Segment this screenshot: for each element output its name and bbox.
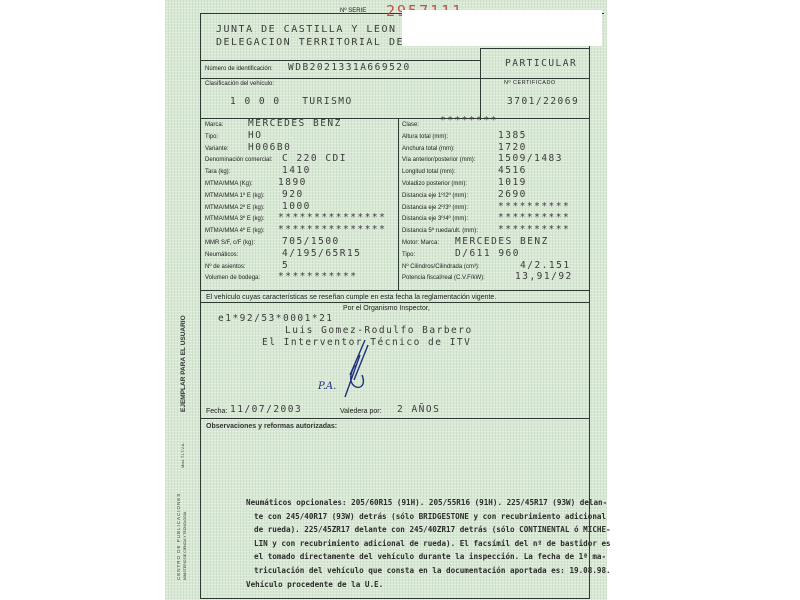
signature-initials: P.A.: [318, 381, 336, 392]
spec-value: 1000: [282, 201, 311, 212]
spec-value: 1385: [498, 130, 527, 141]
spec-value: ***********: [278, 271, 357, 282]
usage-value: PARTICULAR: [505, 58, 577, 69]
certificate-value: 3701/22069: [507, 96, 579, 107]
classification-value: 1 0 0 0 TURISMO: [230, 96, 353, 107]
observations-text: Neumáticos opcionales: 205/60R15 (91H). …: [246, 496, 606, 591]
observation-line: el tomado directamente del vehículo dura…: [246, 550, 606, 564]
spec-label: Neumáticos:: [205, 252, 238, 258]
spec-label: Distancia 5ª rueda/ult. (mm):: [402, 228, 478, 234]
spec-value: MERCEDES BENZ: [455, 236, 549, 247]
spec-label: Tipo:: [402, 252, 415, 258]
spec-value: H006B0: [248, 142, 291, 153]
spec-value: 2690: [498, 189, 527, 200]
border-bottom: [200, 598, 590, 599]
spec-label: Nº de asientos:: [205, 264, 246, 270]
observation-line: LIN y con recubrimiento adicional de rue…: [246, 537, 606, 551]
organism-label: Por el Organismo Inspector,: [343, 305, 430, 312]
compliance-statement: El vehículo cuyas características se res…: [206, 294, 496, 301]
vin-value: WDB2021331A669520: [288, 62, 411, 73]
spec-label: Clase:: [402, 122, 419, 128]
valid-label: Valedera por:: [340, 408, 382, 415]
specs-divider: [398, 118, 399, 290]
observations-label: Observaciones y reformas autorizadas:: [206, 423, 337, 430]
spec-label: Distancia eje 2º/3º (mm):: [402, 205, 468, 211]
observation-line: de rueda). 225/45ZR17 delante con 245/40…: [246, 523, 606, 537]
rule: [200, 418, 590, 419]
model-label: Mod. T.I.T.V.A.: [180, 442, 185, 468]
valid-value: 2 AÑOS: [397, 404, 440, 415]
spec-label: Denominación comercial:: [205, 157, 272, 163]
spec-value: ***************: [278, 224, 386, 235]
publisher-line2: MINISTERIO DE CIENCIA Y TECNOLOGIA: [183, 512, 187, 580]
spec-value: 920: [282, 189, 304, 200]
signature: [310, 335, 390, 405]
spec-label: Potencia fiscal/real (C.V.F/kW):: [402, 275, 485, 281]
spec-value: ********: [440, 115, 498, 126]
spec-label: MTMA/MMA (Kg):: [205, 181, 253, 187]
spec-label: Volumen de bodega:: [205, 275, 260, 281]
spec-value: 4/195/65R15: [282, 248, 361, 259]
observation-line: Neumáticos opcionales: 205/60R15 (91H). …: [246, 496, 606, 510]
header-divider: [480, 48, 481, 120]
certificate-label: Nº CERTIFICADO: [504, 80, 556, 86]
observation-line: Vehículo procedente de la U.E.: [246, 578, 606, 592]
spec-label: Voladizo posterior (mm):: [402, 181, 467, 187]
copy-label: EJEMPLAR PARA EL USUARIO: [180, 315, 187, 412]
rule: [200, 78, 590, 79]
spec-value: 4/2.151: [520, 260, 571, 271]
spec-label: Longitud total (mm):: [402, 169, 455, 175]
date-value: 11/07/2003: [230, 404, 302, 415]
approval-code: e1*92/53*0001*21: [218, 313, 334, 324]
spec-value: 1410: [282, 165, 311, 176]
spec-value: 1019: [498, 177, 527, 188]
publisher-line1: CENTRO DE PUBLICACIONES: [176, 493, 181, 580]
spec-value: **********: [498, 201, 570, 212]
spec-label: MMR S/F, c/F (kg):: [205, 240, 255, 246]
spec-label: Marca:: [205, 122, 223, 128]
spec-value: 5: [282, 260, 289, 271]
spec-label: MTMA/MMA 2º E (kg):: [205, 205, 265, 211]
spec-value: **********: [498, 212, 570, 223]
spec-label: Tara (kg):: [205, 169, 230, 175]
classification-label: Clasificación del vehículo:: [205, 81, 274, 87]
observation-line: triculación del vehículo que consta en l…: [246, 564, 606, 578]
spec-label: MTMA/MMA 1º E (kg):: [205, 193, 265, 199]
date-label: Fecha:: [206, 408, 227, 415]
rule: [200, 60, 480, 61]
spec-value: 1509/1483: [498, 153, 563, 164]
serial-label: Nº SERIE: [340, 8, 366, 14]
spec-value: 1890: [278, 177, 307, 188]
spec-value: 1720: [498, 142, 527, 153]
redaction: [402, 20, 602, 46]
spec-label: Motor: Marca:: [402, 240, 439, 246]
spec-value: **********: [498, 224, 570, 235]
border-left: [200, 13, 201, 599]
spec-label: Distancia eje 3º/4º (mm):: [402, 216, 468, 222]
rule: [480, 48, 590, 49]
spec-value: HO: [248, 130, 262, 141]
spec-value: D/611 960: [455, 248, 520, 259]
spec-value: C 220 CDI: [282, 153, 347, 164]
spec-label: Altura total (mm):: [402, 134, 448, 140]
spec-value: 705/1500: [282, 236, 340, 247]
rule: [200, 302, 590, 303]
spec-label: Distancia eje 1º/2º (mm):: [402, 193, 468, 199]
spec-label: Vía anterior/posterior (mm):: [402, 157, 475, 163]
authority-line1: JUNTA DE CASTILLA Y LEON: [216, 24, 397, 35]
spec-label: Anchura total (mm):: [402, 146, 455, 152]
spec-label: Variante:: [205, 146, 229, 152]
spec-value: 4516: [498, 165, 527, 176]
spec-value: 13,91/92: [515, 271, 573, 282]
spec-label: Tipo:: [205, 134, 218, 140]
spec-label: Nº Cilindros/Cilindrada (cm³):: [402, 264, 480, 270]
vin-label: Número de identificación:: [205, 66, 273, 72]
spec-value: MERCEDES BENZ: [248, 118, 342, 129]
spec-label: MTMA/MMA 4º E (kg):: [205, 228, 265, 234]
spec-value: ***************: [278, 212, 386, 223]
rule: [200, 290, 590, 291]
spec-label: MTMA/MMA 3º E (kg):: [205, 216, 265, 222]
observation-line: te con 245/40R17 (93W) detrás (sólo BRID…: [246, 510, 606, 524]
